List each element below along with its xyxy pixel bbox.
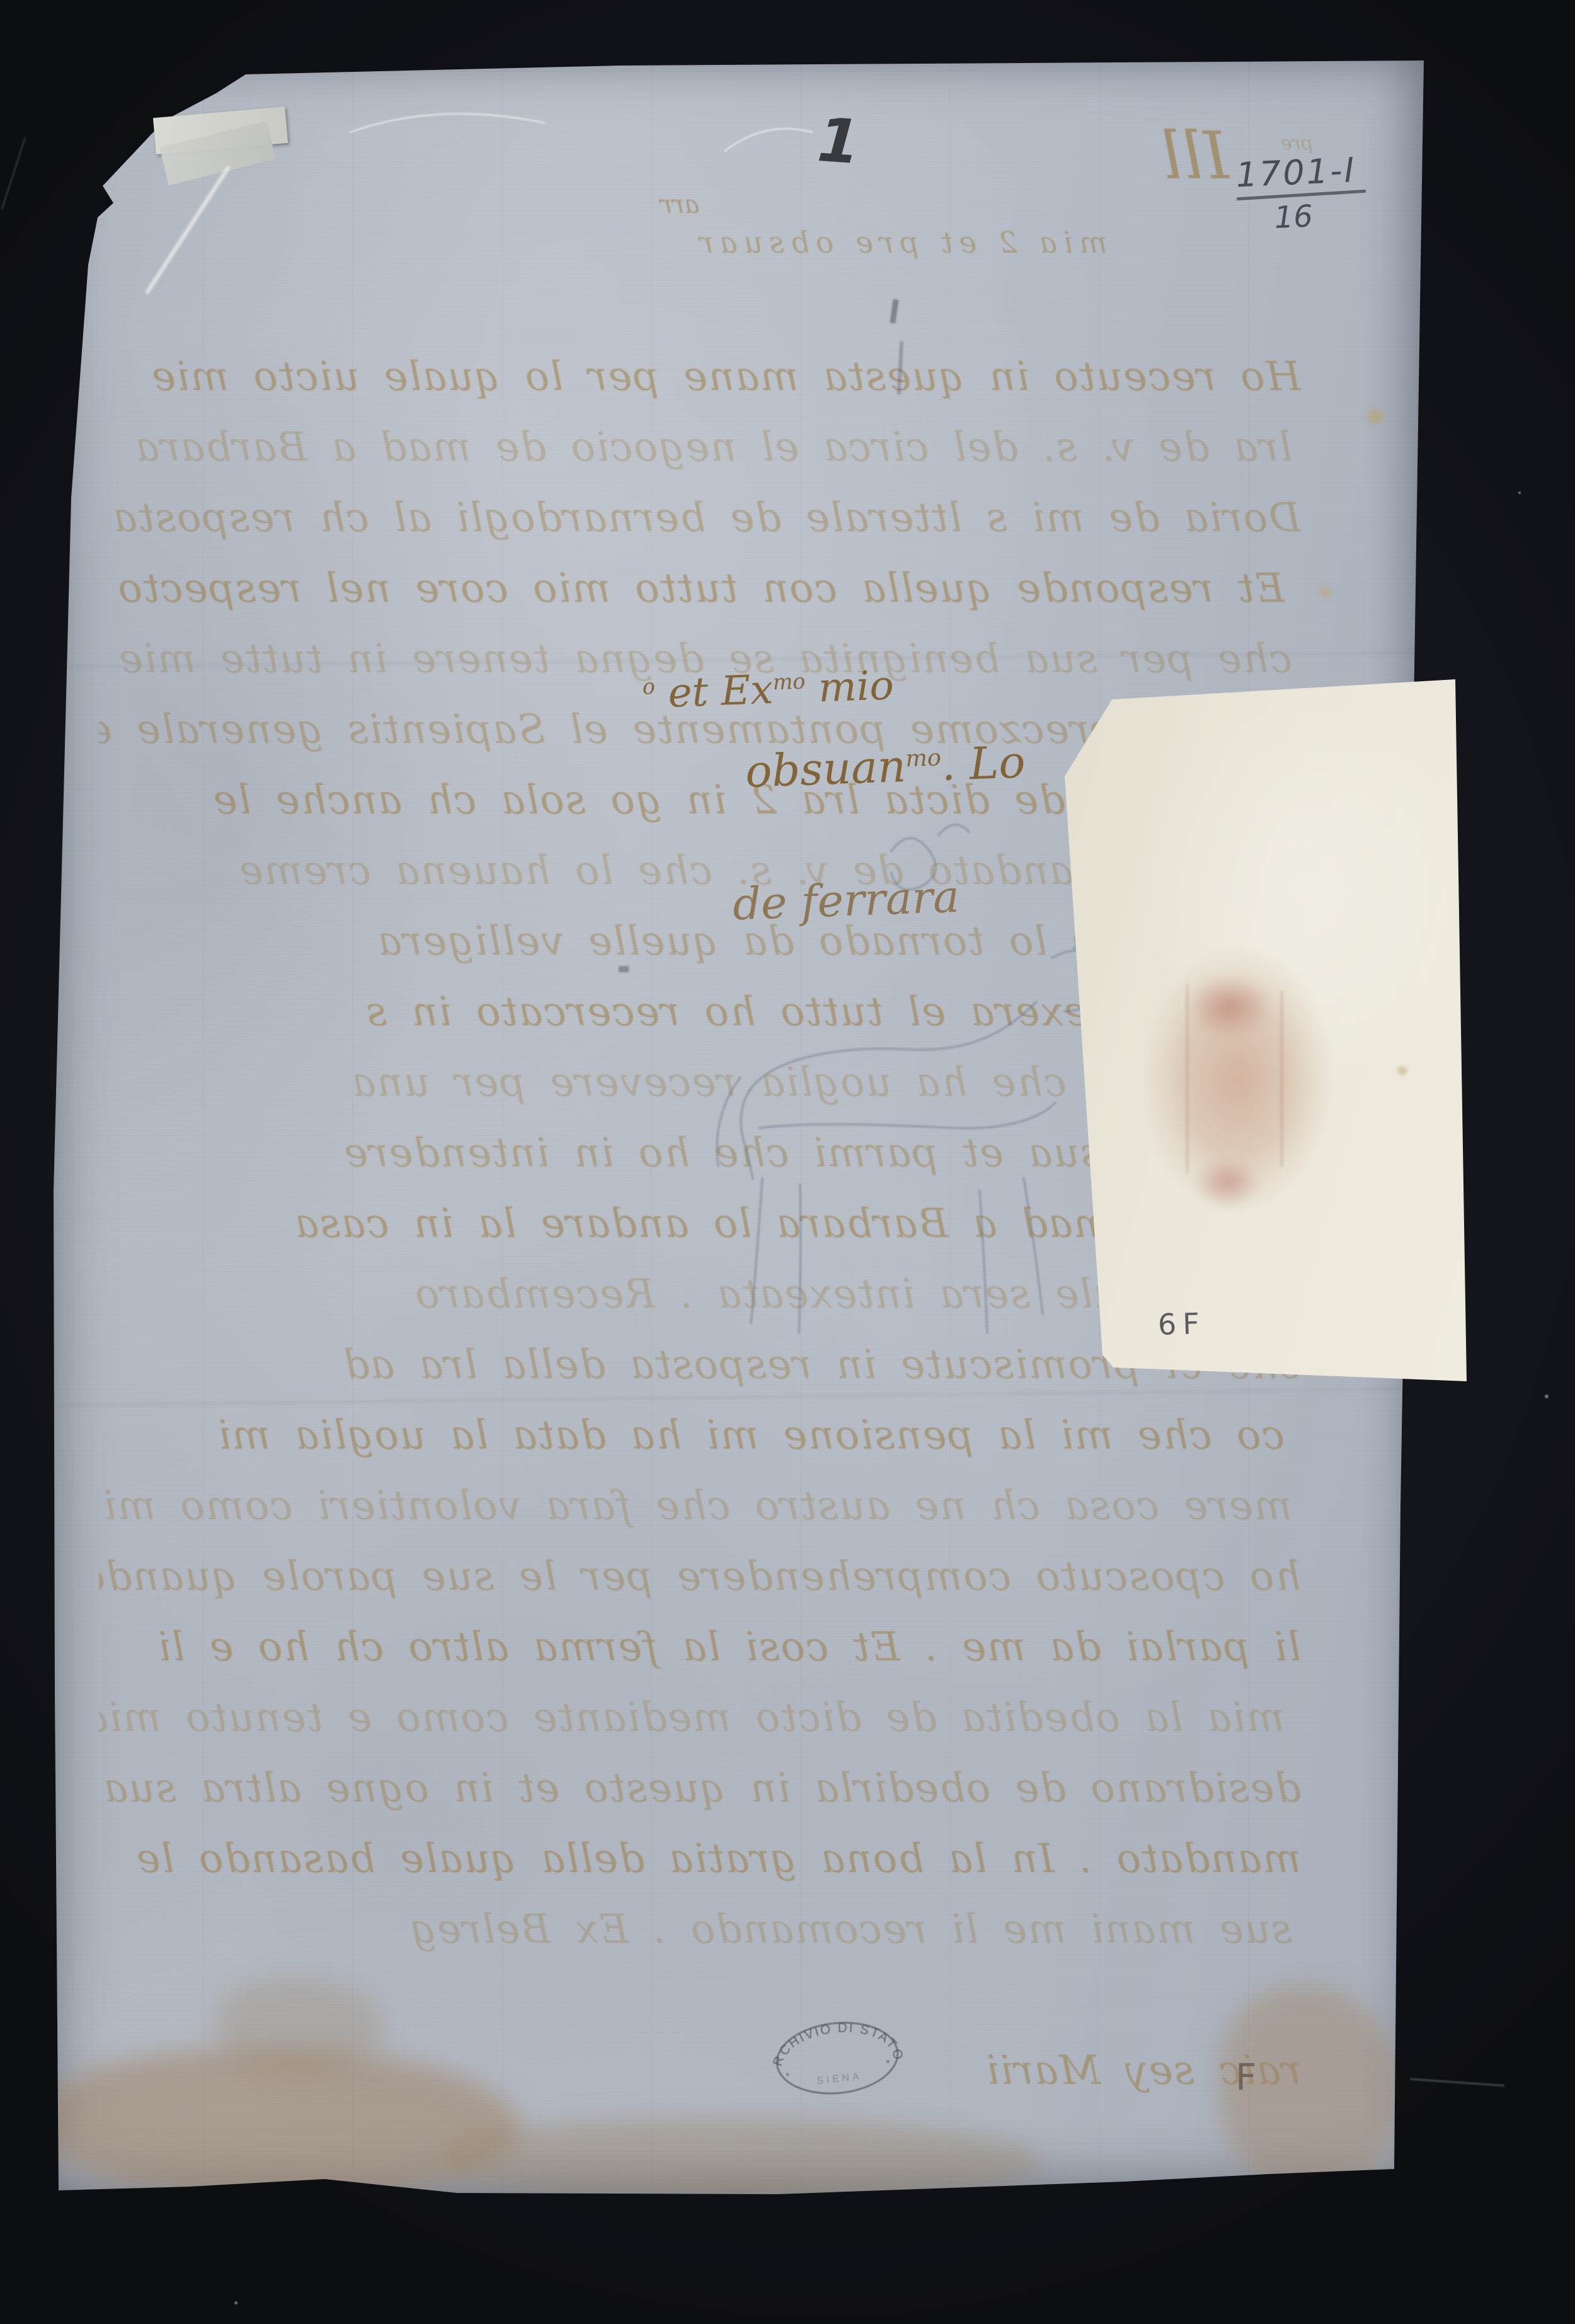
stamp-dot <box>786 2073 789 2076</box>
backdrop-scratch <box>1 137 26 209</box>
address-ink-line-1: o et Exmo mio <box>642 662 895 718</box>
stamp-dot <box>886 2060 890 2063</box>
pencil-shelfmark: 1701-I 16 <box>1235 150 1367 238</box>
dust-speck <box>234 2301 238 2304</box>
address-ink-line-3: de ferrara <box>732 871 960 931</box>
pencil-slip-number: 6F <box>1157 1306 1206 1342</box>
photographed-manuscript: Ho receuto in questa mane per lo quale u… <box>0 0 1575 2324</box>
graphite-smudge <box>619 966 629 972</box>
seal-impression-edge <box>1186 984 1188 1173</box>
shelfmark-line-2: 16 <box>1273 197 1367 236</box>
attached-seal-slip: 6F <box>1063 676 1472 1395</box>
address-superscript: mo <box>772 669 806 694</box>
stamp-bottom-text: SIENA <box>816 2071 863 2086</box>
address-ink-line-2: obsuanmo. Lo <box>745 736 1026 797</box>
foxing-spot <box>1397 1066 1407 1075</box>
archive-stamp: ARCHIVIO DI STATO SIENA <box>769 2014 906 2102</box>
foxing-spot <box>1367 410 1383 423</box>
backdrop-scratch <box>1410 2078 1504 2086</box>
pencil-page-number: 1 <box>815 105 862 178</box>
address-superscript: mo <box>905 744 942 772</box>
dust-speck <box>1518 492 1521 494</box>
shelfmark-line-1: 1701-I <box>1235 150 1366 195</box>
wax-seal-red-patch <box>1182 972 1276 1041</box>
seal-impression-edge <box>1281 991 1283 1167</box>
address-superscript: o <box>642 674 655 699</box>
dust-speck <box>1545 1395 1549 1398</box>
foxing-spot <box>1320 587 1331 597</box>
wax-seal-red-patch <box>1189 1154 1265 1211</box>
water-stain <box>444 2117 1043 2206</box>
